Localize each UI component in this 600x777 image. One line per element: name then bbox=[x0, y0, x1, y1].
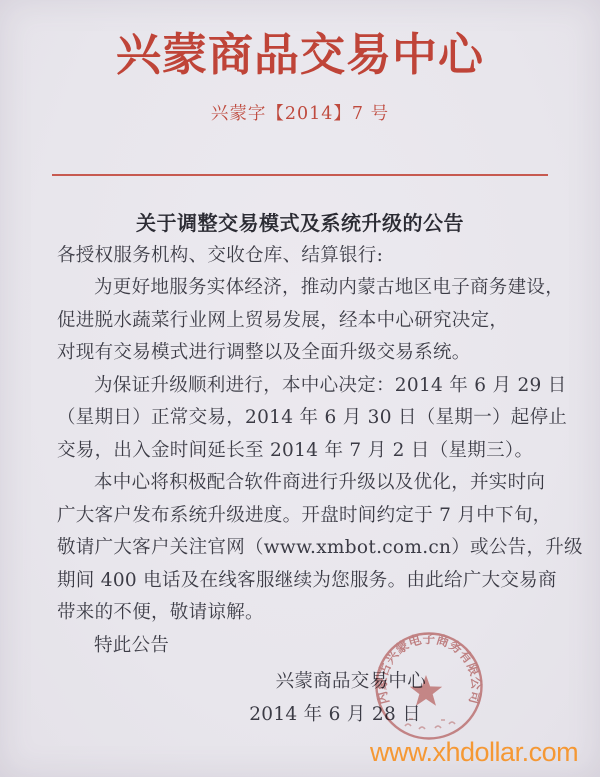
body-line: 为更好地服务实体经济，推动内蒙古地区电子商务建设， bbox=[57, 272, 543, 305]
body-line: 为保证升级顺利进行，本中心决定：2014 年 6 月 29 日 bbox=[57, 370, 543, 403]
notice-heading: 关于调整交易模式及系统升级的公告 bbox=[57, 207, 543, 240]
body-line: 促进脱水蔬菜行业网上贸易发展，经本中心研究决定， bbox=[57, 305, 543, 338]
signature-date: 2014 年 6 月 28 日 bbox=[57, 699, 543, 732]
scanned-document-page: 兴蒙商品交易中心 兴蒙字【2014】7 号 关于调整交易模式及系统升级的公告 各… bbox=[0, 0, 600, 777]
body-line: 广大客户发布系统升级进度。开盘时间约定于 7 月中下旬， bbox=[57, 500, 543, 533]
body-line: 对现有交易模式进行调整以及全面升级交易系统。 bbox=[57, 337, 543, 370]
document-number: 兴蒙字【2014】7 号 bbox=[0, 104, 600, 124]
closing-line: 特此公告 bbox=[57, 630, 543, 663]
body-line: 本中心将积极配合软件商进行升级以及优化，并实时向 bbox=[57, 467, 543, 500]
notice-body: 关于调整交易模式及系统升级的公告 各授权服务机构、交收仓库、结算银行: 为更好地… bbox=[57, 207, 543, 731]
watermark-url: www.xhdollar.com bbox=[370, 737, 578, 768]
letterhead-divider-line bbox=[52, 174, 548, 176]
body-line: 敬请广大客户关注官网（www.xmbot.com.cn）或公告，升级 bbox=[57, 532, 543, 565]
body-line: （星期日）正常交易，2014 年 6 月 30 日（星期一）起停止 bbox=[57, 402, 543, 435]
body-line: 带来的不便，敬请谅解。 bbox=[57, 597, 543, 630]
signature-org-name: 兴蒙商品交易中心 bbox=[57, 666, 543, 699]
signature-block: 兴蒙商品交易中心 2014 年 6 月 28 日 bbox=[57, 666, 543, 731]
letterhead-org-title: 兴蒙商品交易中心 bbox=[0, 0, 600, 79]
salutation-line: 各授权服务机构、交收仓库、结算银行: bbox=[57, 240, 543, 273]
body-line: 交易，出入金时间延长至 2014 年 7 月 2 日（星期三）。 bbox=[57, 435, 543, 468]
body-line: 期间 400 电话及在线客服继续为您服务。由此给广大交易商 bbox=[57, 565, 543, 598]
